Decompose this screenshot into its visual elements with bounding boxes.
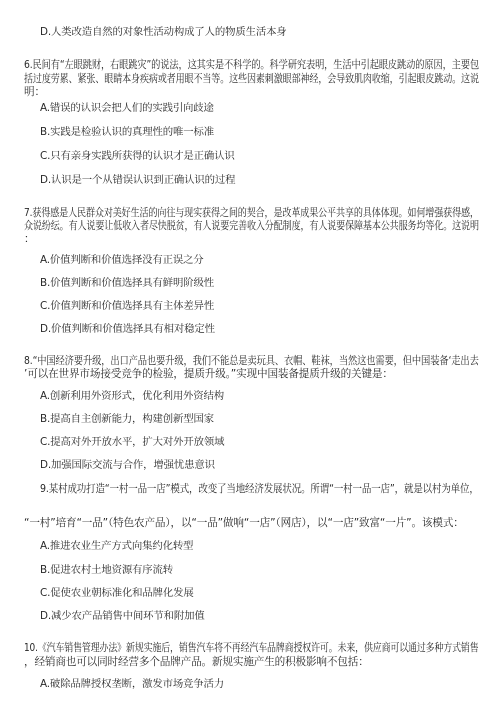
option-text: 人类改造自然的对象性活动构成了人的物质生活本身 <box>51 26 287 38</box>
q6-option-b: B.实践是检验认识的真理性的唯一标准 <box>40 126 214 139</box>
q6-option-a: A.错误的认识会把人们的实践引向歧途 <box>40 102 214 115</box>
q9-stem-line-1: 9.某村成功打造“一村一品一店”模式，改变了当地经济发展状况。所谓“一村一品一店… <box>40 483 479 496</box>
q10-option-a: A.破除品牌授权垄断，激发市场竞争活力 <box>40 678 224 691</box>
q7-option-d: D.价值判断和价值选择具有相对稳定性 <box>40 323 215 336</box>
q9-option-b: B.促进农村土地资源有序流转 <box>40 564 173 577</box>
q6-stem-line-2: 括过度劳累、紧张、眼睛本身疾病或者用眼不当等。这些因素刺激眼部神经，会导致肌肉收… <box>24 73 479 86</box>
q8-option-a: A.创新利用外资形式，优化利用外资结构 <box>40 390 224 403</box>
q5-option-d: D.人类改造自然的对象性活动构成了人的物质生活本身 <box>40 26 287 39</box>
q8-stem-line-2: ’可以在世界市场接受竞争的检验，提质升级。”实现中国装备提质升级的关键是： <box>24 368 393 381</box>
q9-option-a: A.推进农业生产方式向集约化转型 <box>40 540 193 553</box>
q7-stem-line-3: ： <box>24 233 34 246</box>
q10-stem-line-2: ，经销商也可以同时经营多个品牌产品。新规实施产生的积极影响不包括： <box>24 656 369 669</box>
q7-stem-line-2: 众说纷纭。有人说要让低收入者尽快脱贫，有人说要完善收入分配制度，有人说要保障基本… <box>24 220 479 233</box>
q9-option-c: C.促使农业朝标准化和品牌化发展 <box>40 587 194 600</box>
q8-stem-line-1: 8.“中国经济要升级，出口产品也要升级，我们不能总是卖玩具、衣帽、鞋袜，当然这也… <box>24 355 479 368</box>
q8-option-d: D.加强国际交流与合作，增强忧患意识 <box>40 459 215 472</box>
q8-option-c: C.提高对外开放水平，扩大对外开放领域 <box>40 436 224 449</box>
q7-stem-line-1: 7.获得感是人民群众对美好生活的向往与现实获得之间的契合，是改革成果公平共享的具… <box>24 207 479 220</box>
q6-option-d: D.认识是一个从错误认识到正确认识的过程 <box>40 174 235 187</box>
q6-stem-line-1: 6.民间有“左眼跳财，右眼跳灾”的说法，这其实是不科学的。科学研究表明，生活中引… <box>24 59 479 72</box>
q8-option-b: B.提高自主创新能力，构建创新型国家 <box>40 413 214 426</box>
option-label: D. <box>40 26 51 38</box>
q7-option-c: C.价值判断和价值选择具有主体差异性 <box>40 300 214 313</box>
q6-option-c: C.只有亲身实践所获得的认识才是正确认识 <box>40 150 235 163</box>
q10-stem-line-1: 10.《汽车销售管理办法》新规实施后，销售汽车将不再经汽车品牌商授权许可。未来，… <box>24 642 479 655</box>
q7-option-a: A.价值判断和价值选择没有正误之分 <box>40 254 204 267</box>
q9-stem-line-2: “一村”培育“一品”（特色农产品），以“一品”做响“一店”（网店），以“一店”致… <box>24 517 464 530</box>
q7-option-b: B.价值判断和价值选择具有鲜明阶级性 <box>40 277 214 290</box>
q9-option-d: D.减少农产品销售中间环节和附加值 <box>40 610 205 623</box>
q6-stem-line-3: 明： <box>24 86 45 99</box>
